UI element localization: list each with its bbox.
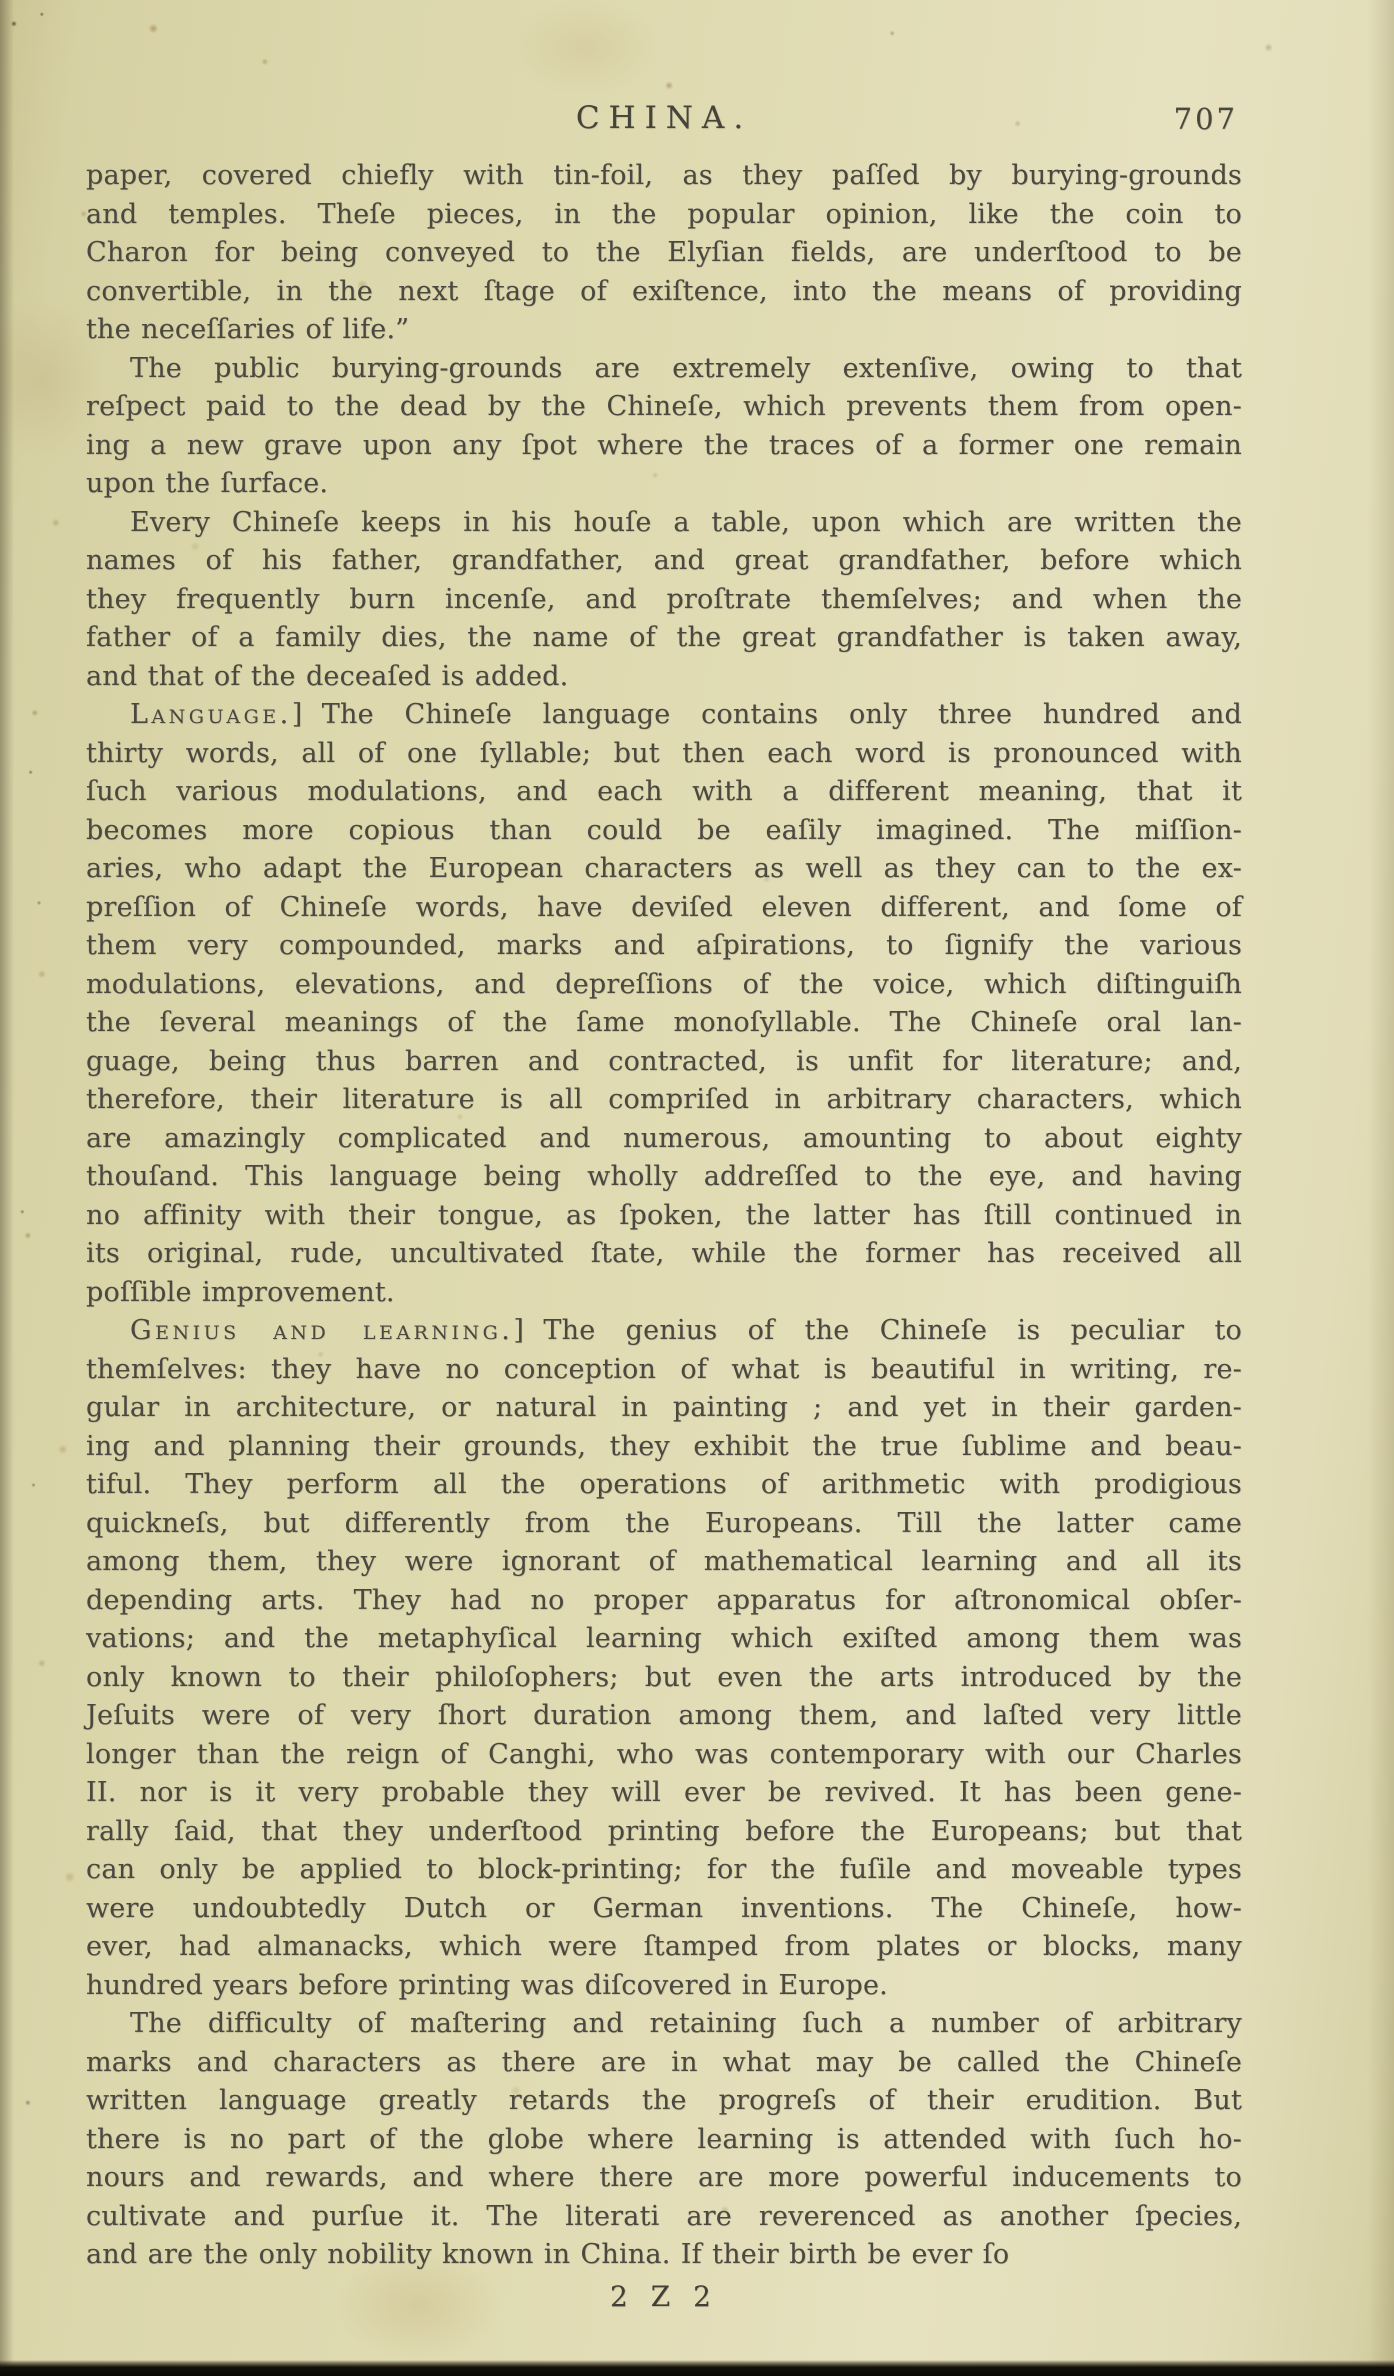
text-line: can only be applied to block-printing; f… bbox=[86, 1851, 1242, 1890]
text-line: modulations, elevations, and depreſſions… bbox=[86, 966, 1242, 1005]
text-line: vations; and the metaphyſical learning w… bbox=[86, 1620, 1242, 1659]
text-line: The public burying-grounds are extremely… bbox=[86, 350, 1242, 389]
text-line: and temples. Theſe pieces, in the popula… bbox=[86, 196, 1242, 235]
text-line: cultivate and purſue it. The literati ar… bbox=[86, 2198, 1242, 2237]
text-line: names of his father, grandfather, and gr… bbox=[86, 542, 1242, 581]
paragraph: The difficulty of maſtering and retainin… bbox=[86, 2005, 1242, 2275]
text-line: longer than the reign of Canghi, who was… bbox=[86, 1736, 1242, 1775]
text-line: only known to their philoſophers; but ev… bbox=[86, 1659, 1242, 1698]
scan-edge-bottom bbox=[0, 2360, 1394, 2376]
text-line: them very compounded, marks and aſpirati… bbox=[86, 927, 1242, 966]
paragraph: The public burying-grounds are extremely… bbox=[86, 350, 1242, 504]
text-line: guage, being thus barren and contracted,… bbox=[86, 1043, 1242, 1082]
text-line: Language.]The Chineſe language contains … bbox=[86, 696, 1242, 735]
text-line: becomes more copious than could be eaſil… bbox=[86, 812, 1242, 851]
text-line: Genius and learning.]The genius of the C… bbox=[86, 1312, 1242, 1351]
text-line: and that of the deceaſed is added. bbox=[86, 658, 1242, 697]
running-title: CHINA. bbox=[86, 100, 1242, 136]
text-line: rally ſaid, that they underſtood printin… bbox=[86, 1813, 1242, 1852]
text-line: poſſible improvement. bbox=[86, 1274, 1242, 1313]
text-line: aries, who adapt the European characters… bbox=[86, 850, 1242, 889]
text-line: hundred years before printing was diſcov… bbox=[86, 1967, 1242, 2006]
text-line: upon the ſurface. bbox=[86, 465, 1242, 504]
text-line: father of a family dies, the name of the… bbox=[86, 619, 1242, 658]
text-line: Every Chineſe keeps in his houſe a table… bbox=[86, 504, 1242, 543]
text-line: Charon for being conveyed to the Elyſian… bbox=[86, 234, 1242, 273]
text-line: reſpect paid to the dead by the Chineſe,… bbox=[86, 388, 1242, 427]
text-line: ever, had almanacks, which were ſtamped … bbox=[86, 1928, 1242, 1967]
text-line: Jeſuits were of very ſhort duration amon… bbox=[86, 1697, 1242, 1736]
text-line: were undoubtedly Dutch or German inventi… bbox=[86, 1890, 1242, 1929]
text-line: nours and rewards, and where there are m… bbox=[86, 2159, 1242, 2198]
text-line: quickneſs, but differently from the Euro… bbox=[86, 1505, 1242, 1544]
text-line: depending arts. They had no proper appar… bbox=[86, 1582, 1242, 1621]
text-line: convertible, in the next ſtage of exiſte… bbox=[86, 273, 1242, 312]
text-line: the ſeveral meanings of the ſame monoſyl… bbox=[86, 1004, 1242, 1043]
scan-edge-right bbox=[1368, 0, 1394, 2376]
text-line: paper, covered chiefly with tin-foil, as… bbox=[86, 157, 1242, 196]
text-line: among them, they were ignorant of mathem… bbox=[86, 1543, 1242, 1582]
printer-signature: 2 Z 2 bbox=[86, 2280, 1242, 2313]
paragraph: paper, covered chiefly with tin-foil, as… bbox=[86, 157, 1242, 350]
text-line: ing a new grave upon any ſpot where the … bbox=[86, 427, 1242, 466]
text-line: preſſion of Chineſe words, have deviſed … bbox=[86, 889, 1242, 928]
text-line: its original, rude, uncultivated ſtate, … bbox=[86, 1235, 1242, 1274]
text-line: and are the only nobility known in China… bbox=[86, 2236, 1242, 2275]
paragraph: Genius and learning.]The genius of the C… bbox=[86, 1312, 1242, 2005]
scan-edge-left bbox=[0, 0, 14, 2376]
page-number: 707 bbox=[1174, 102, 1238, 136]
text-line: the neceſſaries of life.” bbox=[86, 311, 1242, 350]
text-line: tiful. They perform all the operations o… bbox=[86, 1466, 1242, 1505]
text-line: ing and planning their grounds, they exh… bbox=[86, 1428, 1242, 1467]
text-line: therefore, their literature is all compr… bbox=[86, 1081, 1242, 1120]
paragraph: Every Chineſe keeps in his houſe a table… bbox=[86, 504, 1242, 697]
text-line: themſelves: they have no conception of w… bbox=[86, 1351, 1242, 1390]
text-line: II. nor is it very probable they will ev… bbox=[86, 1774, 1242, 1813]
text-line: are amazingly complicated and numerous, … bbox=[86, 1120, 1242, 1159]
text-line: ſuch various modulations, and each with … bbox=[86, 773, 1242, 812]
text-line: gular in architecture, or natural in pai… bbox=[86, 1389, 1242, 1428]
paragraph: Language.]The Chineſe language contains … bbox=[86, 696, 1242, 1312]
text-line: thirty words, all of one ſyllable; but t… bbox=[86, 735, 1242, 774]
section-heading: Language.] bbox=[130, 699, 306, 730]
section-heading: Genius and learning.] bbox=[130, 1315, 527, 1346]
text-line: marks and characters as there are in wha… bbox=[86, 2044, 1242, 2083]
book-page-scan: CHINA. 707 paper, covered chiefly with t… bbox=[0, 0, 1394, 2376]
text-line: written language greatly retards the pro… bbox=[86, 2082, 1242, 2121]
text-line: thouſand. This language being wholly add… bbox=[86, 1158, 1242, 1197]
text-line: there is no part of the globe where lear… bbox=[86, 2121, 1242, 2160]
text-line: they frequently burn incenſe, and proſtr… bbox=[86, 581, 1242, 620]
text-line: no affinity with their tongue, as ſpoken… bbox=[86, 1197, 1242, 1236]
text-line: The difficulty of maſtering and retainin… bbox=[86, 2005, 1242, 2044]
page-body-text: paper, covered chiefly with tin-foil, as… bbox=[86, 157, 1242, 2275]
page-header: CHINA. 707 bbox=[86, 100, 1242, 142]
